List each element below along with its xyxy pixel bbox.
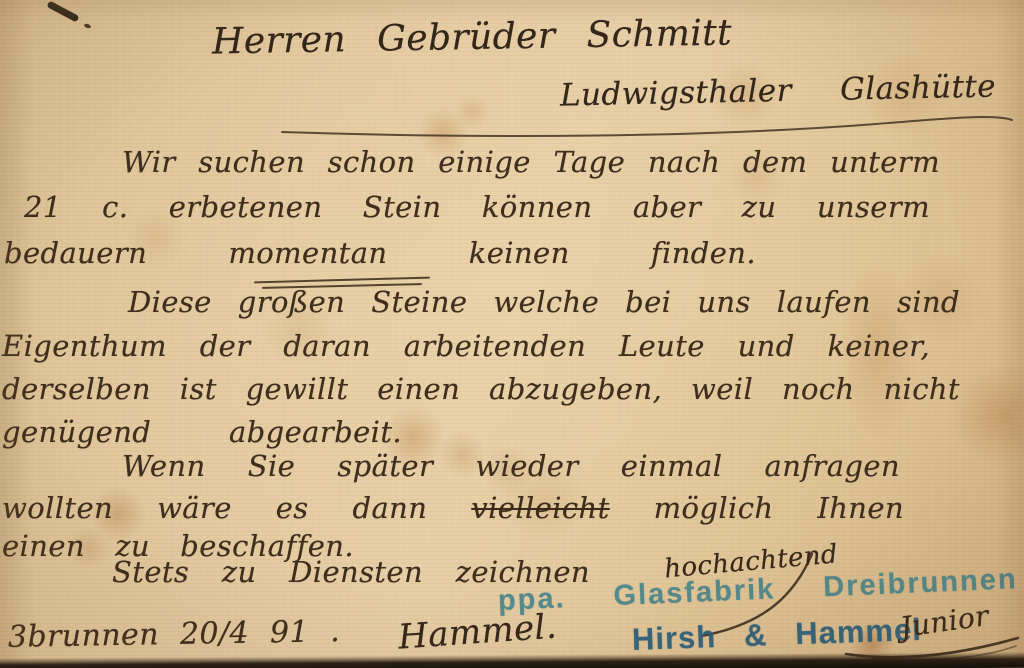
dateline: 3brunnen 20/4 91 . xyxy=(8,615,341,654)
signature-name: Hammel. xyxy=(397,605,589,656)
struck-word: vielleicht xyxy=(471,491,609,525)
body-line: 21 c. erbetenen Stein können aber zu uns… xyxy=(24,191,930,223)
body-line: bedauern momentan keinen finden. xyxy=(4,237,756,269)
body-line: Wir suchen schon einige Tage nach dem un… xyxy=(122,146,940,178)
body-line: Wenn Sie später wieder einmal anfragen xyxy=(122,450,900,482)
ink-dot xyxy=(84,23,92,29)
address-line-recipient: Herren Gebrüder Schmitt xyxy=(212,13,733,62)
address-line-place: Ludwigsthaler Glashütte xyxy=(560,69,997,113)
address-underline-flourish xyxy=(278,108,1020,142)
postcard: Herren Gebrüder Schmitt Ludwigsthaler Gl… xyxy=(0,0,1024,668)
company-stamp-line-2: Hirsh & Hammel xyxy=(631,612,922,658)
body-line: Eigenthum der daran arbeitenden Leute un… xyxy=(2,330,930,362)
bottom-edge-shadow xyxy=(0,652,1024,668)
body-line: Diese großen Steine welche bei uns laufe… xyxy=(128,286,960,318)
body-line: genügend abgearbeit. xyxy=(2,416,402,448)
word-underline xyxy=(254,277,430,284)
signature-suffix: Junior xyxy=(898,596,1019,643)
body-line-segment: möglich Ihnen xyxy=(654,491,904,525)
ink-smudge xyxy=(46,0,79,22)
body-line: wollten wäre es dann vielleicht möglich … xyxy=(2,492,904,524)
body-line: derselben ist gewillt einen abzugeben, w… xyxy=(2,373,960,405)
body-line-segment: wollten wäre es dann xyxy=(2,491,427,525)
